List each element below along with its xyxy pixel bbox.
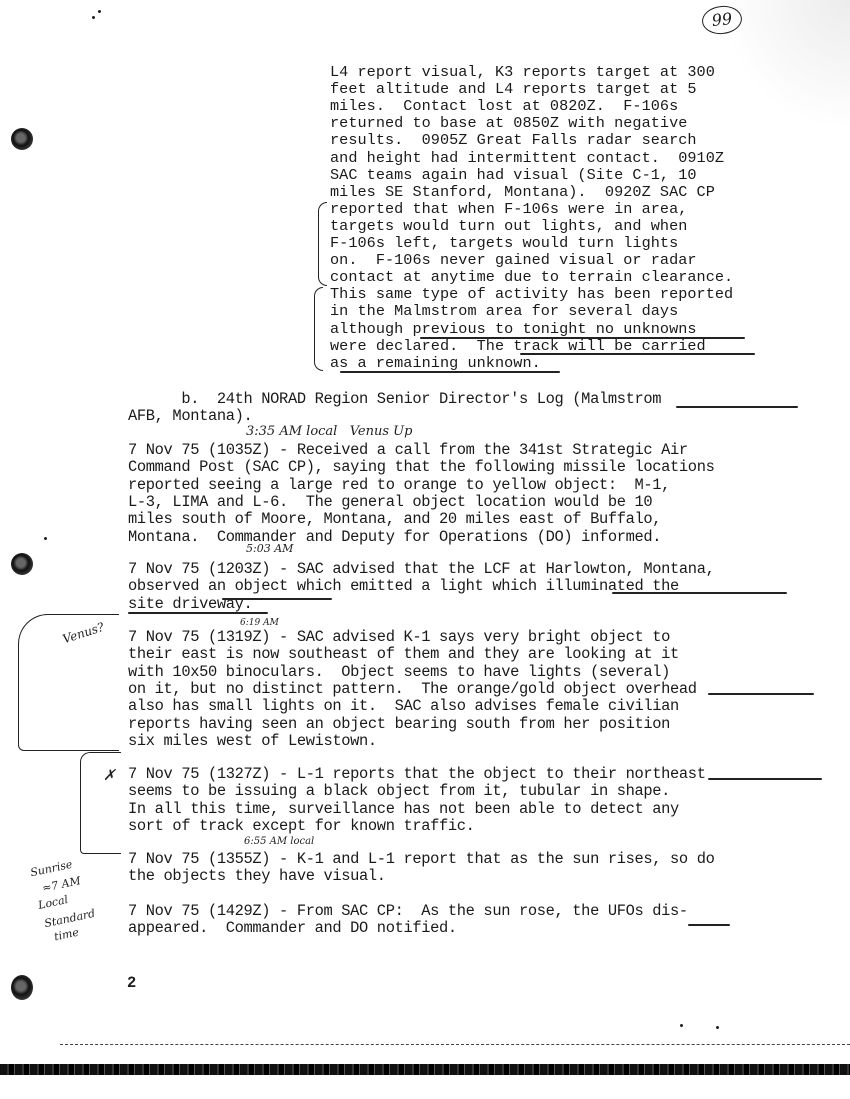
log-entry-line: Montana. Commander and Deputy for Operat…: [128, 529, 661, 546]
log-entry-line: reported seeing a large red to orange to…: [128, 477, 670, 494]
scan-speck: [680, 1024, 683, 1027]
log-entry-line: Command Post (SAC CP), saying that the f…: [128, 459, 714, 476]
handwritten-bracket: [318, 202, 327, 286]
text-line: as a remaining unknown.: [330, 355, 541, 372]
log-entry-heading: 7 Nov 75 (1203Z) - SAC advised that the …: [128, 561, 714, 578]
log-entry-heading: 7 Nov 75 (1355Z) - K-1 and L-1 report th…: [128, 851, 714, 868]
handwritten-note-time-1203: 5:03 AM: [246, 542, 293, 555]
log-entry-line: seems to be issuing a black object from …: [128, 783, 670, 800]
text-line: reported that when F-106s were in area,: [330, 201, 687, 218]
scan-artifact-bar: [0, 1064, 850, 1075]
log-entry-line: six miles west of Lewistown.: [128, 733, 377, 750]
handwritten-underline: [708, 693, 814, 695]
scan-artifact-line: [60, 1044, 850, 1045]
log-entry-line: their east is now southeast of them and …: [128, 646, 679, 663]
text-line: SAC teams again had visual (Site C-1, 10: [330, 167, 697, 184]
text-line: F-106s left, targets would turn lights: [330, 235, 678, 252]
text-line: although previous to tonight no unknowns: [330, 321, 697, 338]
text-line: returned to base at 0850Z with negative: [330, 115, 687, 132]
log-entry-heading: 7 Nov 75 (1327Z) - L-1 reports that the …: [128, 766, 706, 783]
handwritten-underline: [688, 924, 730, 926]
text-line: feet altitude and L4 reports target at 5: [330, 81, 697, 98]
scan-speck: [92, 16, 95, 19]
section-b-heading-cont: AFB, Montana).: [128, 408, 252, 425]
handwritten-underline: [340, 371, 560, 373]
handwritten-underline: [612, 592, 787, 594]
handwritten-note-venus-up: 3:35 AM local Venus Up: [246, 424, 412, 439]
handwritten-underline: [708, 778, 822, 780]
page-number: 2: [127, 975, 136, 992]
section-b-heading: b. 24th NORAD Region Senior Director's L…: [128, 391, 661, 408]
handwritten-bracket: [18, 614, 119, 751]
log-entry-line: In all this time, surveillance has not b…: [128, 801, 679, 818]
handwritten-underline: [420, 337, 745, 339]
text-line: This same type of activity has been repo…: [330, 286, 733, 303]
text-line: miles. Contact lost at 0820Z. F-106s: [330, 98, 678, 115]
handwritten-underline: [222, 598, 332, 600]
text-line: contact at anytime due to terrain cleara…: [330, 269, 733, 286]
handwritten-underline: [520, 353, 755, 355]
log-entry-line: appeared. Commander and DO notified.: [128, 920, 457, 937]
scan-speck: [716, 1026, 719, 1029]
binder-hole-icon: [11, 128, 33, 150]
text-line: miles SE Stanford, Montana). 0920Z SAC C…: [330, 184, 715, 201]
handwritten-note-line: time: [53, 926, 80, 944]
handwritten-note-time-1355: 6:55 AM local: [244, 836, 314, 847]
text-line: on. F-106s never gained visual or radar: [330, 252, 697, 269]
text-line: results. 0905Z Great Falls radar search: [330, 132, 697, 149]
text-line: targets would turn out lights, and when: [330, 218, 687, 235]
handwritten-bracket: [314, 287, 323, 371]
scan-speck: [98, 10, 101, 13]
binder-hole-icon: [11, 553, 33, 575]
handwritten-note-line: ≈7 AM: [41, 874, 82, 895]
handwritten-underline: [128, 612, 268, 614]
log-entry-line: with 10x50 binoculars. Object seems to h…: [128, 664, 670, 681]
log-entry-line: reports having seen an object bearing so…: [128, 716, 670, 733]
scan-speck: [44, 537, 47, 540]
binder-hole-icon: [11, 975, 33, 1000]
text-line: L4 report visual, K3 reports target at 3…: [330, 64, 715, 81]
handwritten-note-time-1319: 6:19 AM: [240, 618, 279, 628]
handwritten-note-line: Local: [37, 893, 69, 912]
handwritten-bracket: [80, 752, 121, 854]
log-entry-line: sort of track except for known traffic.: [128, 818, 475, 835]
log-entry-heading: 7 Nov 75 (1429Z) - From SAC CP: As the s…: [128, 903, 688, 920]
log-entry-line: observed an object which emitted a light…: [128, 578, 679, 595]
log-entry-line: L-3, LIMA and L-6. The general object lo…: [128, 494, 652, 511]
document-page: 99 L4 report visual, K3 reports target a…: [0, 0, 850, 1099]
log-entry-line: on it, but no distinct pattern. The oran…: [128, 681, 697, 698]
log-entry-heading: 7 Nov 75 (1319Z) - SAC advised K-1 says …: [128, 629, 670, 646]
log-entry-line: the objects they have visual.: [128, 868, 386, 885]
text-line: and height had intermittent contact. 091…: [330, 150, 724, 167]
log-entry-line: also has small lights on it. SAC also ad…: [128, 698, 679, 715]
text-line: in the Malmstrom area for several days: [330, 303, 678, 320]
log-entry-heading: 7 Nov 75 (1035Z) - Received a call from …: [128, 442, 688, 459]
handwritten-underline: [676, 406, 798, 408]
log-entry-line: miles south of Moore, Montana, and 20 mi…: [128, 511, 661, 528]
